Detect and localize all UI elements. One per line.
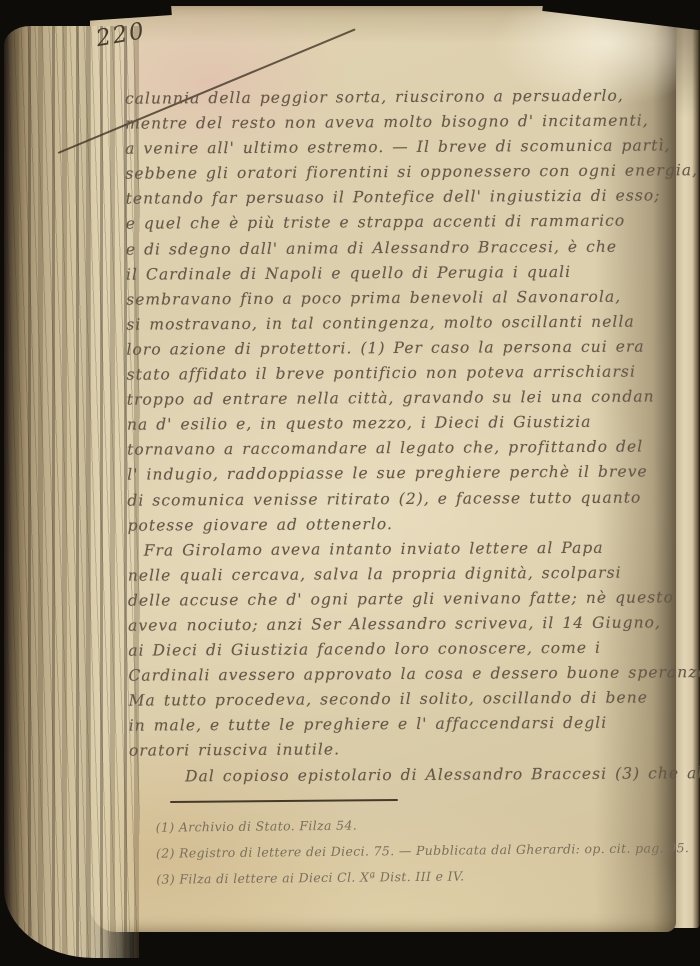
handwriting-line: a venire all' ultimo estremo. — Il breve… [125, 134, 670, 162]
handwriting-line: ai Dieci di Giustizia facendo loro conos… [128, 635, 673, 663]
handwriting-line: e quel che è più triste e strappa accent… [126, 209, 671, 237]
handwriting-line: il Cardinale di Napoli e quello di Perug… [126, 259, 671, 287]
handwriting-line: di scomunica venisse ritirato (2), e fac… [127, 485, 672, 513]
handwriting-line: delle accuse che d' ogni parte gli veniv… [128, 585, 673, 613]
handwriting-line: Cardinali avessero approvato la cosa e d… [128, 660, 673, 688]
handwriting-line: l' indugio, raddoppiasse le sue preghier… [127, 460, 672, 488]
handwriting-line: troppo ad entrare nella città, gravando … [127, 384, 672, 412]
handwriting-line: e di sdegno dall' anima di Alessandro Br… [126, 234, 671, 262]
footnote: (2) Registro di lettere dei Dieci. 75. —… [156, 835, 676, 866]
footnote: (3) Filza di lettere ai Dieci Cl. Xª Dis… [156, 861, 676, 892]
handwriting-line: sebbene gli oratori fiorentini si oppone… [125, 159, 670, 187]
adjacent-page-edge [672, 8, 700, 928]
handwriting-line: in male, e tutte le preghiere e l' affac… [129, 711, 674, 739]
handwriting-line: calunnia della peggior sorta, riuscirono… [125, 83, 670, 111]
handwriting-line: mentre del resto non aveva molto bisogno… [125, 108, 670, 136]
handwriting-line: tentando far persuaso il Pontefice dell'… [125, 184, 670, 212]
handwriting-line: oratori riusciva inutile. [129, 736, 674, 764]
manuscript-text-block: calunnia della peggior sorta, riuscirono… [125, 83, 674, 789]
handwriting-line: potesse giovare ad ottenerlo. [127, 510, 672, 538]
handwriting-line: tornavano a raccomandare al legato che, … [127, 435, 672, 463]
footnotes-block: (1) Archivio di Stato. Filza 54. (2) Reg… [156, 809, 677, 892]
handwriting-line: si mostravano, in tal contingenza, molto… [126, 309, 671, 337]
handwriting-line: nelle quali cercava, salva la propria di… [128, 560, 673, 588]
handwriting-line: sembravano fino a poco prima benevoli al… [126, 284, 671, 312]
handwriting-line: Dal copioso epistolario di Alessandro Br… [129, 761, 674, 789]
handwriting-line: stato affidato il breve pontificio non p… [127, 359, 672, 387]
book-page-stack-edge [4, 26, 140, 958]
handwriting-line: na d' esilio e, in questo mezzo, i Dieci… [127, 410, 672, 438]
handwriting-line: loro azione di protettori. (1) Per caso … [126, 334, 671, 362]
handwriting-line: Fra Girolamo aveva intanto inviato lette… [128, 535, 673, 563]
handwriting-line: Ma tutto procedeva, secondo il solito, o… [129, 686, 674, 714]
handwriting-line: aveva nociuto; anzi Ser Alessandro scriv… [128, 610, 673, 638]
